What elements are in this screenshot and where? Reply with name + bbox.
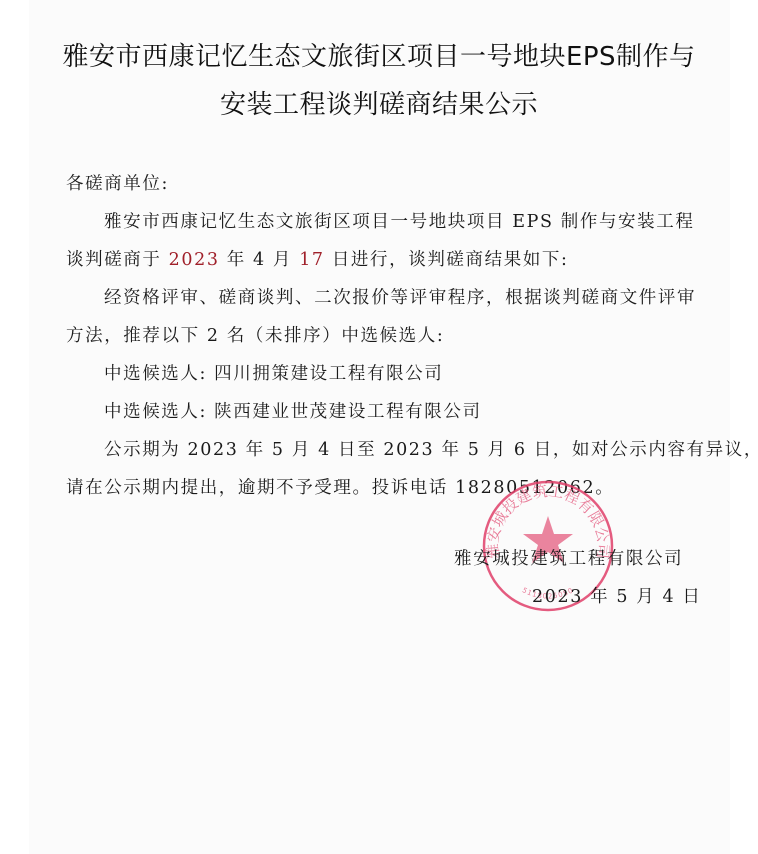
paragraph2-line1: 经资格评审、磋商谈判、二次报价等评审程序，根据谈判磋商文件评审 xyxy=(104,284,696,309)
signature-date: 2023 年 5 月 4 日 xyxy=(532,583,702,608)
document-page xyxy=(29,0,730,854)
para1-prefix: 谈判磋商于 xyxy=(66,250,169,270)
paragraph2-line2: 方法，推荐以下 2 名（未排序）中选候选人: xyxy=(66,322,444,347)
paragraph1-line1: 雅安市西康记忆生态文旅街区项目一号地块项目 EPS 制作与安装工程 xyxy=(104,208,694,233)
paragraph1-line2: 谈判磋商于 2023 年 4 月 17 日进行，谈判磋商结果如下: xyxy=(66,246,569,271)
candidate-label: 中选候选人: xyxy=(104,364,207,384)
negotiation-day: 17 xyxy=(299,250,324,270)
negotiation-year: 2023 xyxy=(169,250,220,270)
candidate-name: 四川拥策建设工程有限公司 xyxy=(214,364,443,384)
candidate-1: 中选候选人: 四川拥策建设工程有限公司 xyxy=(104,360,443,385)
paragraph3-line1: 公示期为 2023 年 5 月 4 日至 2023 年 5 月 6 日，如对公示… xyxy=(104,436,758,461)
candidate-2: 中选候选人: 陕西建业世茂建设工程有限公司 xyxy=(104,398,482,423)
salutation: 各磋商单位: xyxy=(66,170,169,195)
candidate-label: 中选候选人: xyxy=(104,402,207,422)
para1-suffix: 日进行，谈判磋商结果如下: xyxy=(325,250,569,270)
signature-company: 雅安城投建筑工程有限公司 xyxy=(454,545,683,570)
para1-mid: 年 4 月 xyxy=(220,250,300,270)
document-title-line2: 安装工程谈判磋商结果公示 xyxy=(0,84,758,121)
candidate-name: 陕西建业世茂建设工程有限公司 xyxy=(214,402,481,422)
document-title-line1: 雅安市西康记忆生态文旅街区项目一号地块EPS制作与 xyxy=(0,36,758,73)
